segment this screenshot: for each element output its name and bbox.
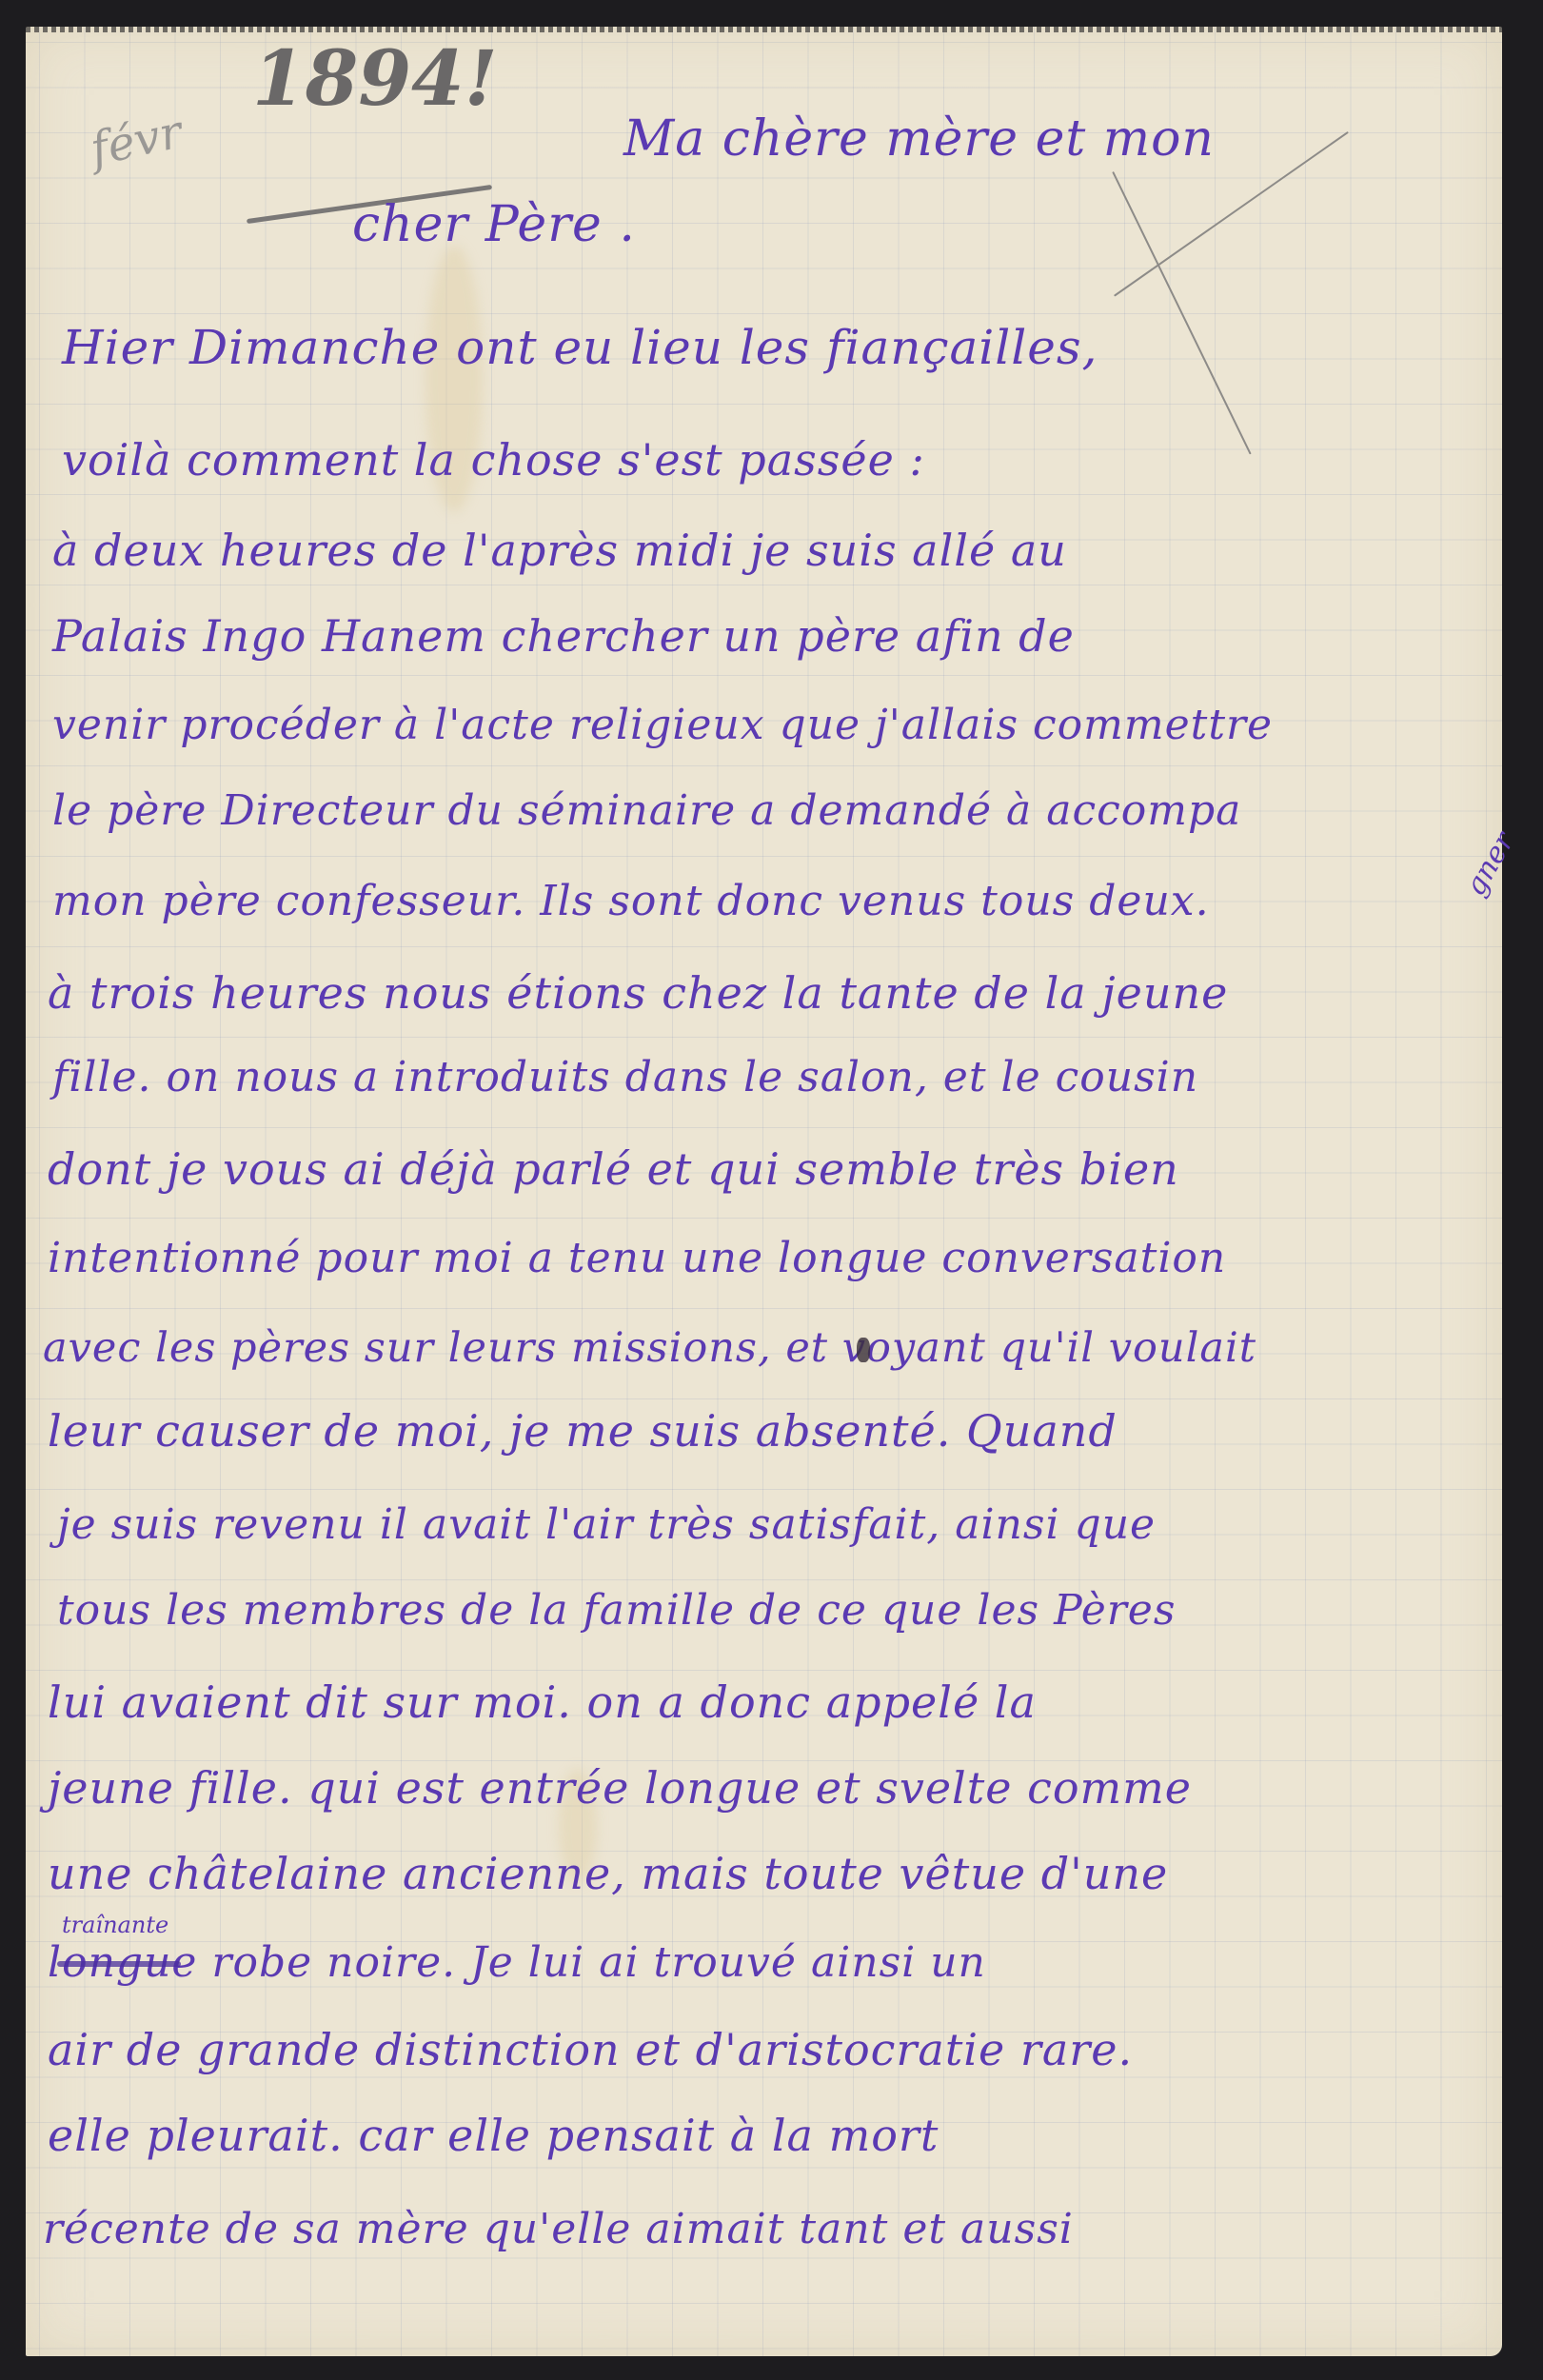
body-line: intentionné pour moi a tenu une longue c… xyxy=(48,1238,1226,1279)
body-line: avec les pères sur leurs missions, et vo… xyxy=(43,1328,1256,1369)
ink-blot xyxy=(857,1338,870,1362)
pencil-date-year: 1894! xyxy=(252,33,498,123)
body-line: venir procéder à l'acte religieux que j'… xyxy=(52,704,1273,746)
body-line: une châtelaine ancienne, mais toute vêtu… xyxy=(48,1852,1168,1895)
body-line: leur causer de moi, je me suis absenté. … xyxy=(48,1409,1118,1453)
body-line: à deux heures de l'après midi je suis al… xyxy=(52,528,1067,572)
body-line: à trois heures nous étions chez la tante… xyxy=(48,971,1228,1015)
body-line: jeune fille. qui est entrée longue et sv… xyxy=(48,1766,1192,1810)
body-line: lui avaient dit sur moi. on a donc appel… xyxy=(48,1680,1037,1724)
body-line: Hier Dimanche ont eu lieu les fiançaille… xyxy=(62,324,1098,371)
body-line: voilà comment la chose s'est passée : xyxy=(62,438,925,482)
body-line: longue robe noire. Je lui ai trouvé ains… xyxy=(48,1942,986,1984)
body-line: tous les membres de la famille de ce que… xyxy=(57,1590,1176,1632)
salutation-line-1: Ma chère mère et mon xyxy=(623,114,1215,164)
body-line: le père Directeur du séminaire a demandé… xyxy=(52,790,1241,832)
torn-top-edge xyxy=(26,21,1502,32)
body-line: Palais Ingo Hanem chercher un père afin … xyxy=(52,614,1075,658)
body-line: mon père confesseur. Ils sont donc venus… xyxy=(52,881,1210,922)
strikethrough xyxy=(57,1961,181,1967)
salutation-line-2: cher Père . xyxy=(352,200,636,249)
insertion-above-line: traînante xyxy=(62,1912,168,1938)
body-line: dont je vous ai déjà parlé et qui semble… xyxy=(48,1147,1179,1191)
body-line: elle pleurait. car elle pensait à la mor… xyxy=(48,2113,939,2157)
body-line: je suis revenu il avait l'air très satis… xyxy=(57,1504,1156,1546)
body-line: fille. on nous a introduits dans le salo… xyxy=(52,1057,1198,1099)
body-line: récente de sa mère qu'elle aimait tant e… xyxy=(43,2209,1074,2251)
body-line: air de grande distinction et d'aristocra… xyxy=(48,2028,1133,2072)
